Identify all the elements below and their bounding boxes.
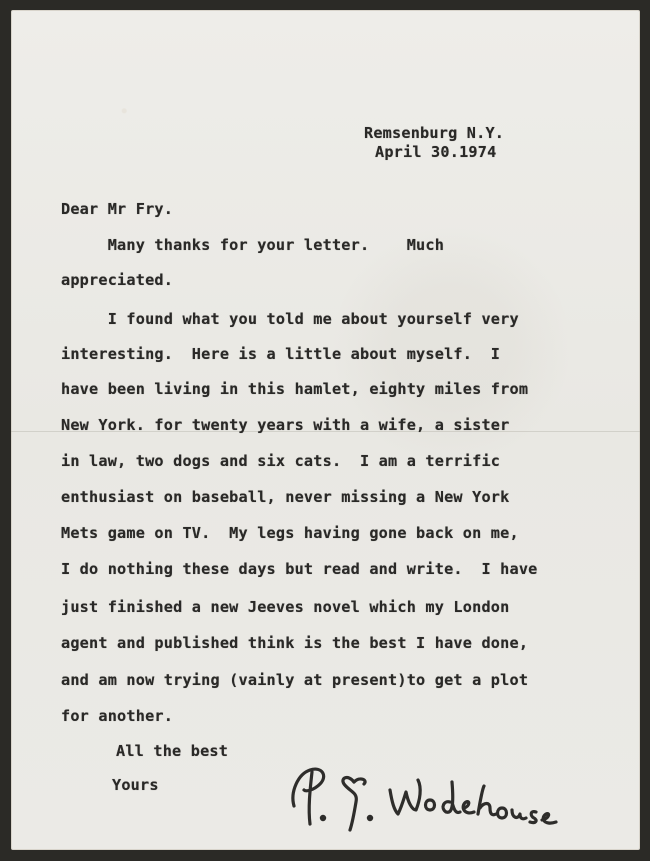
body-line: just finished a new Jeeves novel which m… bbox=[61, 600, 510, 615]
body-line: in law, two dogs and six cats. I am a te… bbox=[61, 454, 500, 469]
body-line: New York. for twenty years with a wife, … bbox=[61, 418, 510, 433]
body-line: interesting. Here is a little about myse… bbox=[61, 347, 500, 362]
body-line: enthusiast on baseball, never missing a … bbox=[61, 490, 510, 505]
valediction: Yours bbox=[112, 778, 159, 793]
body-line: have been living in this hamlet, eighty … bbox=[61, 382, 528, 397]
letter-date: April 30.1974 bbox=[375, 145, 496, 160]
body-line: and am now trying (vainly at present)to … bbox=[61, 673, 528, 688]
body-line: I do nothing these days but read and wri… bbox=[61, 562, 538, 577]
body-line: agent and published think is the best I … bbox=[61, 636, 528, 651]
body-line: Mets game on TV. My legs having gone bac… bbox=[61, 526, 519, 541]
sender-address: Remsenburg N.Y. bbox=[364, 126, 504, 141]
body-line: Many thanks for your letter. Much bbox=[61, 238, 444, 253]
body-line: for another. bbox=[61, 709, 173, 724]
handwritten-signature bbox=[288, 762, 558, 836]
body-line: appreciated. bbox=[61, 273, 173, 288]
closing: All the best bbox=[116, 744, 228, 759]
body-line: I found what you told me about yourself … bbox=[61, 312, 519, 327]
salutation: Dear Mr Fry. bbox=[61, 202, 173, 217]
